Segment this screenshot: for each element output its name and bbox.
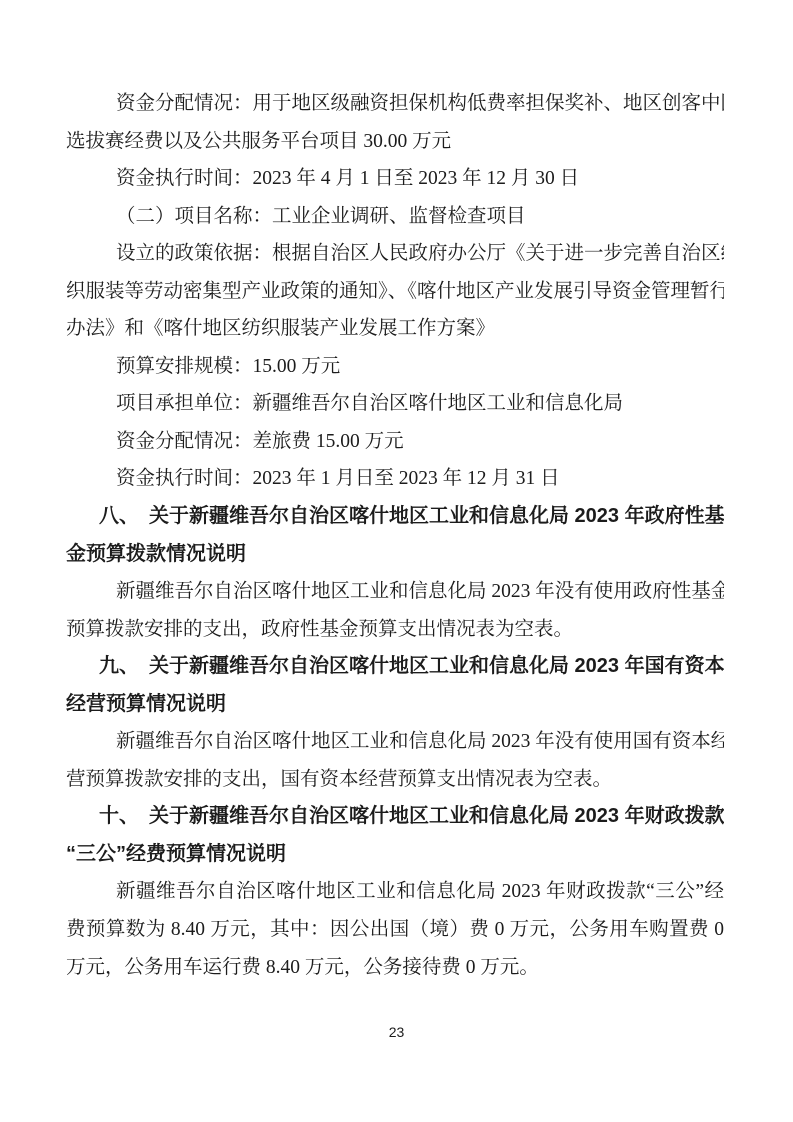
text-line: 项目承担单位：新疆维吾尔自治区喀什地区工业和信息化局	[66, 385, 724, 423]
text-line: 预算安排规模：15.00 万元	[66, 348, 724, 386]
text-line: 办法》和《喀什地区纺织服装产业发展工作方案》	[66, 310, 724, 348]
text-line: 预算拨款安排的支出，政府性基金预算支出情况表为空表。	[66, 611, 724, 649]
section-heading-line: 九、 关于新疆维吾尔自治区喀什地区工业和信息化局 2023 年国有资本	[66, 648, 724, 686]
text-line: 营预算拨款安排的支出，国有资本经营预算支出情况表为空表。	[66, 761, 724, 799]
text-line: 新疆维吾尔自治区喀什地区工业和信息化局 2023 年财政拨款“三公”经	[66, 873, 724, 911]
section-heading-line: 金预算拨款情况说明	[66, 536, 724, 574]
text-line: 新疆维吾尔自治区喀什地区工业和信息化局 2023 年没有使用政府性基金	[66, 573, 724, 611]
text-line: 万元，公务用车运行费 8.40 万元，公务接待费 0 万元。	[66, 949, 724, 987]
document-page: 资金分配情况：用于地区级融资担保机构低费率担保奖补、地区创客中国选拔赛经费以及公…	[0, 0, 793, 1122]
text-line: 设立的政策依据：根据自治区人民政府办公厅《关于进一步完善自治区纺	[66, 235, 724, 273]
text-line: 资金分配情况：差旅费 15.00 万元	[66, 423, 724, 461]
text-line: （二）项目名称：工业企业调研、监督检查项目	[66, 198, 724, 236]
text-line: 选拔赛经费以及公共服务平台项目 30.00 万元	[66, 123, 724, 161]
section-heading-line: “三公”经费预算情况说明	[66, 836, 724, 874]
page-number: 23	[0, 1024, 793, 1040]
text-line: 资金执行时间：2023 年 4 月 1 日至 2023 年 12 月 30 日	[66, 160, 724, 198]
text-line: 资金执行时间：2023 年 1 月日至 2023 年 12 月 31 日	[66, 460, 724, 498]
text-line: 新疆维吾尔自治区喀什地区工业和信息化局 2023 年没有使用国有资本经	[66, 723, 724, 761]
section-heading-line: 十、 关于新疆维吾尔自治区喀什地区工业和信息化局 2023 年财政拨款	[66, 798, 724, 836]
text-line: 织服装等劳动密集型产业政策的通知》、《喀什地区产业发展引导资金管理暂行	[66, 273, 724, 311]
text-line: 资金分配情况：用于地区级融资担保机构低费率担保奖补、地区创客中国	[66, 85, 724, 123]
section-heading-line: 八、 关于新疆维吾尔自治区喀什地区工业和信息化局 2023 年政府性基	[66, 498, 724, 536]
section-heading-line: 经营预算情况说明	[66, 686, 724, 724]
text-line: 费预算数为 8.40 万元，其中：因公出国（境）费 0 万元，公务用车购置费 0	[66, 911, 724, 949]
document-body: 资金分配情况：用于地区级融资担保机构低费率担保奖补、地区创客中国选拔赛经费以及公…	[66, 85, 724, 986]
